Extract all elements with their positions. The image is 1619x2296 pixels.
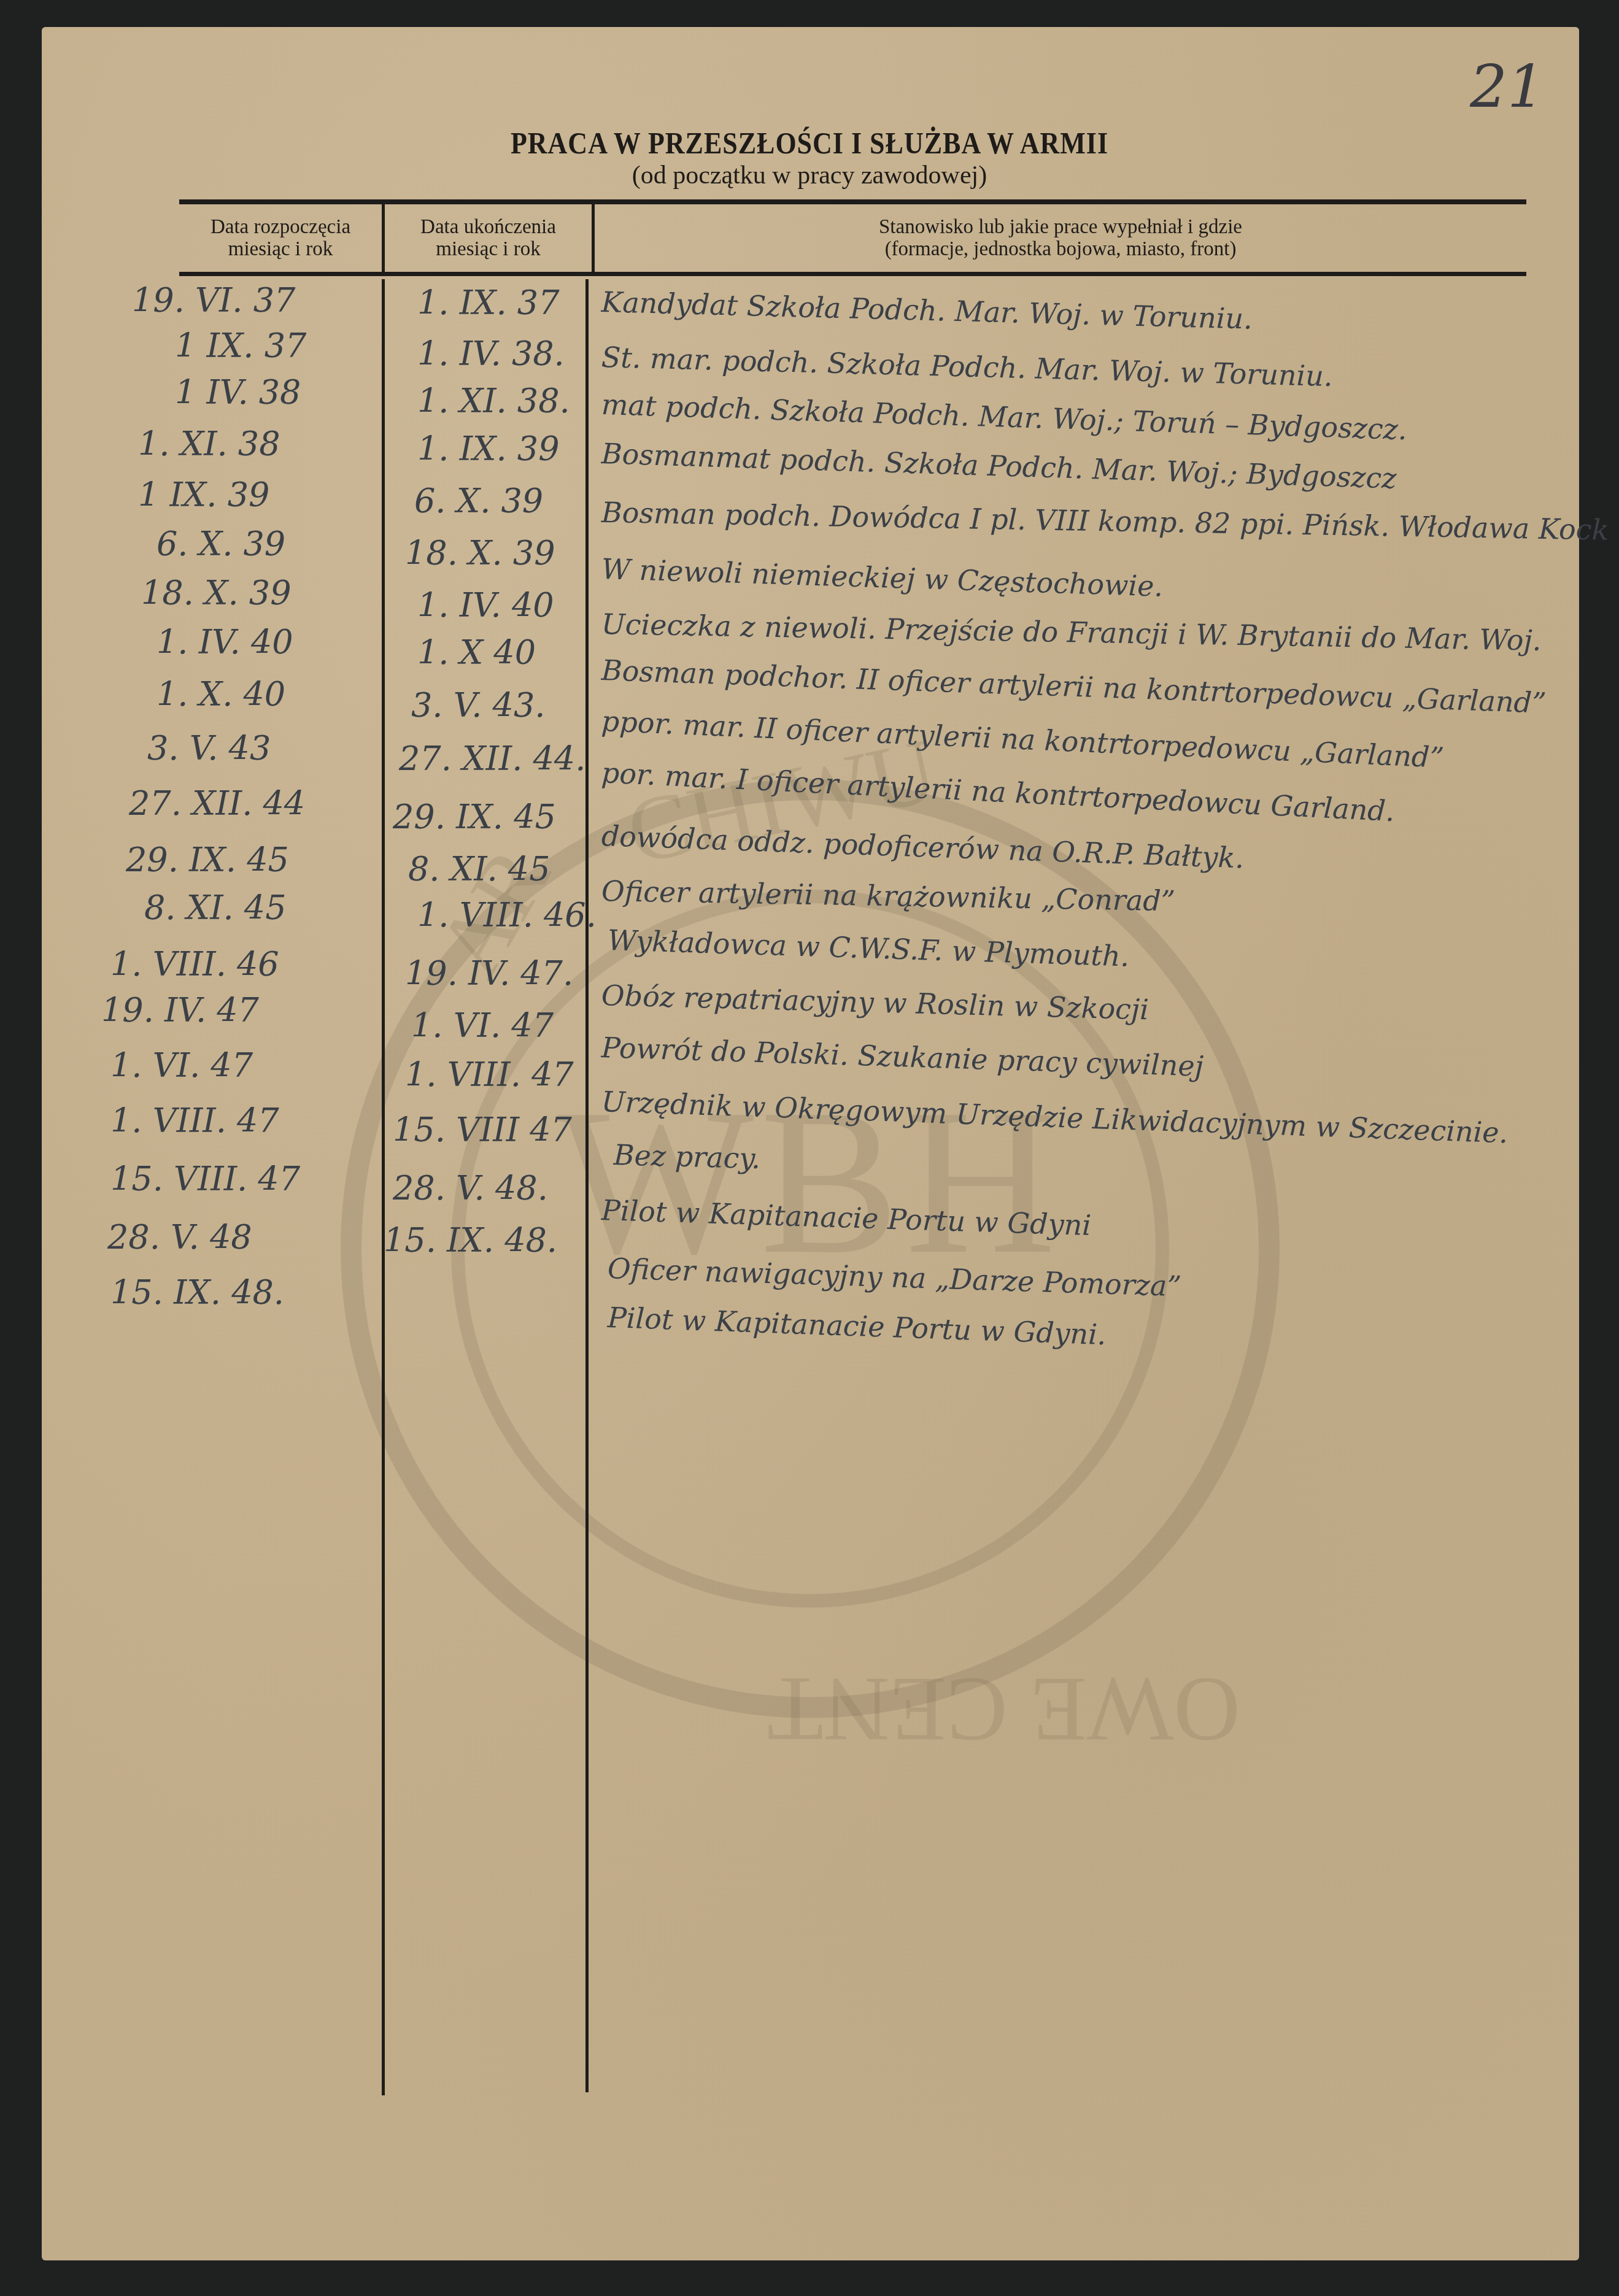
header-end-date-line1: Data ukończenia [385, 216, 592, 238]
start-date: 19. VI. 37 [132, 281, 295, 320]
start-date: 1. IV. 40 [156, 623, 293, 661]
end-date: 15. IX. 48. [384, 1221, 557, 1260]
column-divider-1 [382, 279, 385, 2095]
header-position: Stanowisko lub jakie prace wypełniał i g… [595, 216, 1526, 260]
end-date: 18. X. 39 [405, 534, 555, 572]
start-date: 1 IX. 39 [138, 476, 269, 514]
start-date: 28. V. 48 [107, 1218, 252, 1257]
end-date: 19. IV. 47. [405, 954, 573, 993]
start-date: 19. IV. 47 [101, 991, 259, 1030]
end-date: 1. VI. 47 [411, 1006, 554, 1045]
header-end-date-line2: miesiąc i rok [385, 238, 592, 260]
start-date: 6. X. 39 [156, 525, 285, 563]
end-date: 6. X. 39 [414, 482, 543, 520]
start-date: 18. X. 39 [141, 574, 292, 612]
start-date: 15. IX. 48. [110, 1273, 284, 1312]
start-date: 1. X. 40 [156, 675, 285, 714]
header-start-date-line1: Data rozpoczęcia [179, 216, 382, 238]
archive-stamp-ring-text-c: OWE CENT [767, 1657, 1240, 1762]
end-date: 15. VIII 47 [393, 1111, 572, 1149]
end-date: 1. IX. 37 [417, 283, 560, 322]
end-date: 1. VIII. 46. [417, 896, 597, 934]
end-date: 3. V. 43. [411, 686, 545, 725]
document-subtitle: (od początku w pracy zawodowej) [0, 161, 1619, 190]
end-date: 1. IV. 38. [417, 334, 565, 373]
page-number: 21 [1470, 52, 1545, 121]
header-position-line1: Stanowisko lub jakie prace wypełniał i g… [595, 216, 1526, 238]
end-date: 28. V. 48. [393, 1169, 548, 1208]
start-date: 3. V. 43 [147, 729, 271, 768]
start-date: 29. IX. 45 [126, 841, 289, 879]
start-date: 1. VIII. 46 [110, 945, 279, 984]
table-header-rule [179, 272, 1526, 276]
end-date: 1. IX. 39 [417, 430, 560, 468]
column-divider-2 [585, 279, 589, 2092]
table-top-rule [179, 199, 1526, 204]
end-date: 1. VIII. 47 [405, 1055, 574, 1094]
end-date: 1. X 40 [417, 633, 536, 672]
start-date: 1. VI. 47 [110, 1046, 253, 1085]
start-date: 1 IV. 38 [175, 373, 301, 412]
end-date: 29. IX. 45 [393, 798, 556, 836]
end-date: 1. IV. 40 [417, 586, 554, 625]
end-date: 1. XI. 38. [417, 382, 570, 420]
start-date: 27. XII. 44 [129, 784, 305, 823]
header-position-line2: (formacje, jednostka bojowa, miasto, fro… [595, 238, 1526, 260]
header-start-date: Data rozpoczęcia miesiąc i rok [179, 216, 382, 260]
start-date: 1. VIII. 47 [110, 1101, 279, 1140]
document-title: PRACA W PRZESZŁOŚCI I SŁUŻBA W ARMII [0, 125, 1619, 161]
end-date: 27. XII. 44. [399, 739, 585, 778]
header-start-date-line2: miesiąc i rok [179, 238, 382, 260]
start-date: 15. VIII. 47 [110, 1160, 300, 1198]
start-date: 1 IX. 37 [175, 326, 306, 365]
position-entry: Bez pracy. [613, 1138, 760, 1175]
end-date: 8. XI. 45 [408, 850, 551, 888]
start-date: 1. XI. 38 [138, 425, 280, 463]
start-date: 8. XI. 45 [144, 888, 287, 927]
header-end-date: Data ukończenia miesiąc i rok [385, 216, 592, 260]
